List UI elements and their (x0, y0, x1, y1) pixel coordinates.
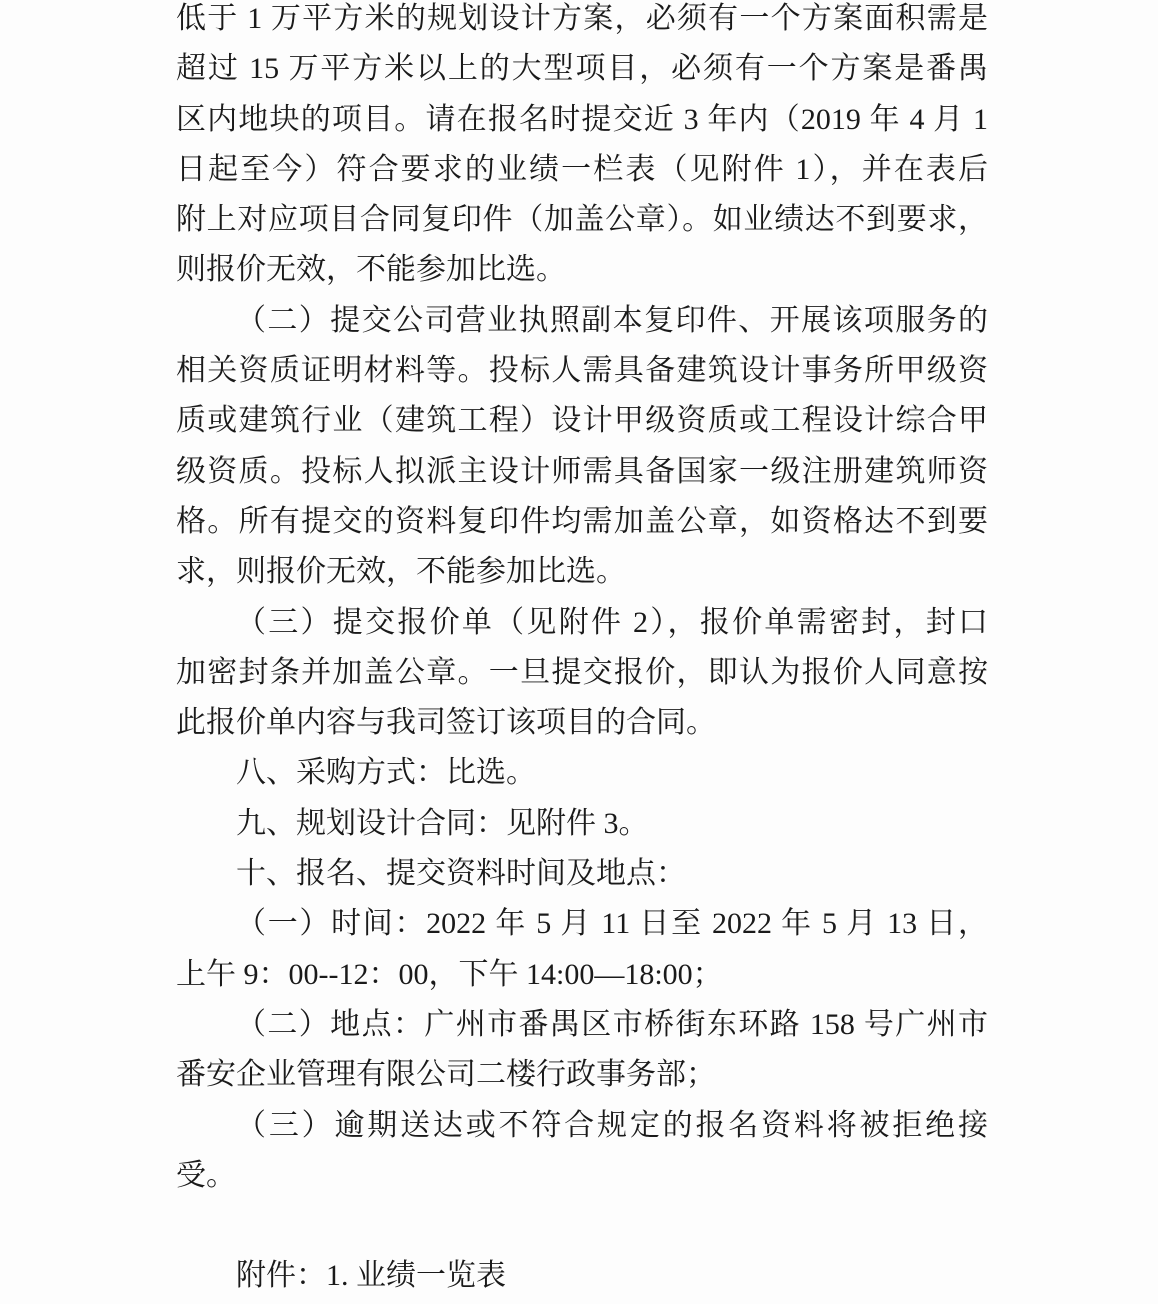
text-line-19: （一）时间：2022 年 5 月 11 日至 2022 年 5 月 13 日， (176, 899, 988, 949)
text-line-26: 附件：1. 业绩一览表 (176, 1251, 988, 1301)
document-page: { "page": { "background_color": "#fdfdfd… (0, 0, 1158, 1304)
text-line-16: 八、采购方式：比选。 (176, 748, 988, 798)
document-body: 低于 1 万平方米的规划设计方案，必须有一个方案面积需是超过 15 万平方米以上… (176, 0, 988, 1302)
text-line-21: （二）地点：广州市番禺区市桥街东环路 158 号广州市 (176, 1000, 988, 1050)
text-line-1: 低于 1 万平方米的规划设计方案，必须有一个方案面积需是 (176, 0, 988, 44)
text-line-14: 加密封条并加盖公章。一旦提交报价，即认为报价人同意按 (176, 648, 988, 698)
text-line-23: （三）逾期送达或不符合规定的报名资料将被拒绝接 (176, 1101, 988, 1151)
text-line-2: 超过 15 万平方米以上的大型项目，必须有一个方案是番禺 (176, 44, 988, 94)
text-line-24: 受。 (176, 1151, 988, 1201)
text-line-4: 日起至今）符合要求的业绩一栏表（见附件 1），并在表后 (176, 145, 988, 195)
text-line-17: 九、规划设计合同：见附件 3。 (176, 799, 988, 849)
text-line-25 (176, 1201, 988, 1251)
text-line-9: 质或建筑行业（建筑工程）设计甲级资质或工程设计综合甲 (176, 396, 988, 446)
text-line-11: 格。所有提交的资料复印件均需加盖公章，如资格达不到要 (176, 497, 988, 547)
text-line-6: 则报价无效，不能参加比选。 (176, 245, 988, 295)
text-line-8: 相关资质证明材料等。投标人需具备建筑设计事务所甲级资 (176, 346, 988, 396)
text-line-3: 区内地块的项目。请在报名时提交近 3 年内（2019 年 4 月 1 (176, 95, 988, 145)
text-line-7: （二）提交公司营业执照副本复印件、开展该项服务的 (176, 296, 988, 346)
text-line-15: 此报价单内容与我司签订该项目的合同。 (176, 698, 988, 748)
text-line-10: 级资质。投标人拟派主设计师需具备国家一级注册建筑师资 (176, 447, 988, 497)
text-line-13: （三）提交报价单（见附件 2），报价单需密封，封口 (176, 598, 988, 648)
text-line-22: 番安企业管理有限公司二楼行政事务部； (176, 1050, 988, 1100)
text-line-18: 十、报名、提交资料时间及地点： (176, 849, 988, 899)
text-line-20: 上午 9：00--12：00，下午 14:00—18:00； (176, 950, 988, 1000)
text-line-5: 附上对应项目合同复印件（加盖公章）。如业绩达不到要求， (176, 195, 988, 245)
text-line-12: 求，则报价无效，不能参加比选。 (176, 547, 988, 597)
